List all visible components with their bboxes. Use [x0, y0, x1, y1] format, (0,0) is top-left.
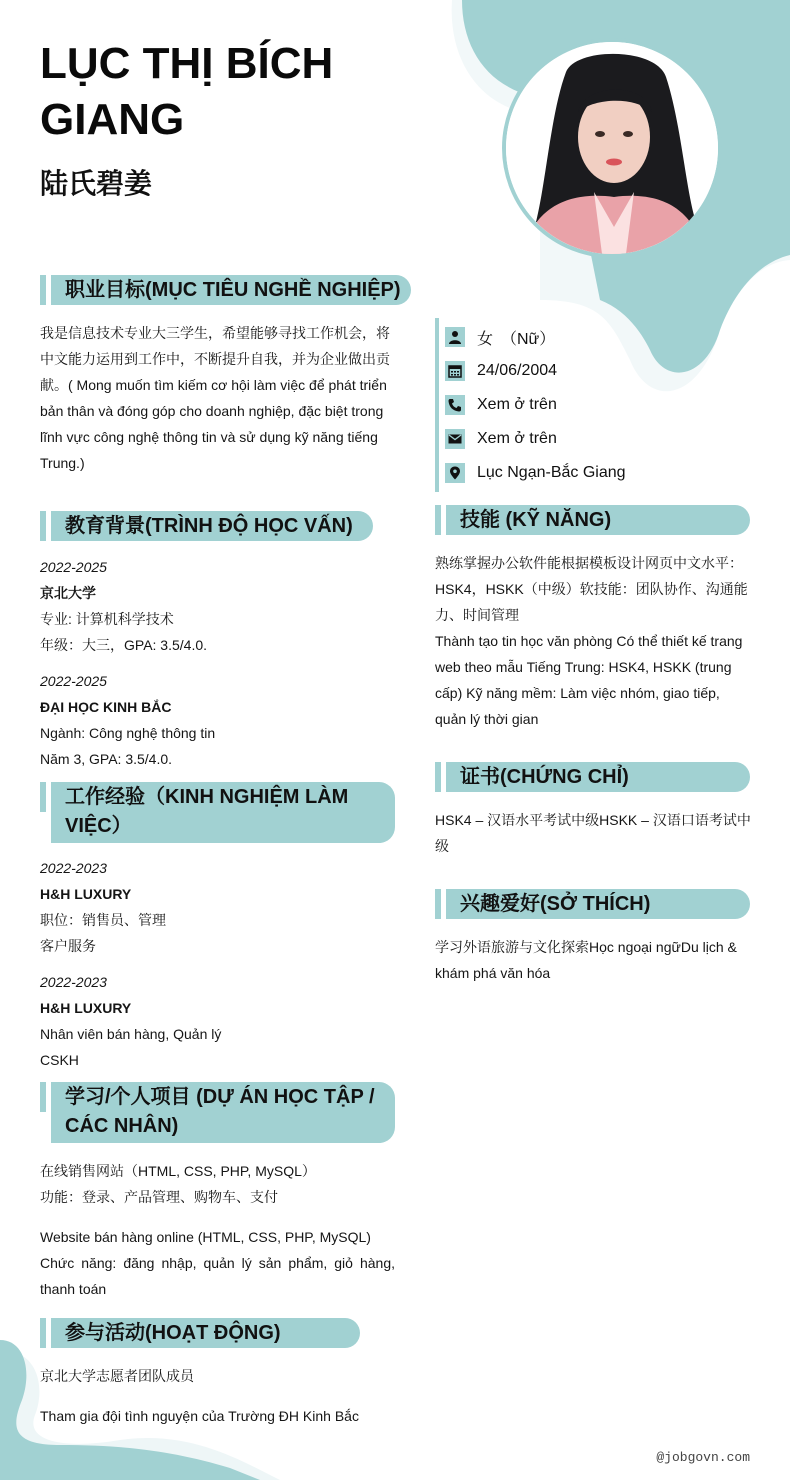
education-gpa: Năm 3, GPA: 3.5/4.0. — [40, 746, 395, 772]
activity-list: 京北大学志愿者团队成员 Tham gia đội tình nguyện của… — [40, 1363, 395, 1429]
contact-address: Lục Ngạn-Bắc Giang — [445, 456, 755, 490]
experience-period: 2022-2023 — [40, 969, 395, 995]
profile-photo — [502, 38, 722, 258]
section-title: 教育背景(TRÌNH ĐỘ HỌC VẤN) — [51, 511, 373, 541]
experience-period: 2022-2023 — [40, 855, 395, 881]
section-title: 工作经验（KINH NGHIỆM LÀM VIỆC） — [51, 782, 395, 843]
education-school: 京北大学 — [40, 580, 395, 606]
experience-role: Nhân viên bán hàng, Quản lý — [40, 1021, 395, 1047]
contact-gender: 女 （Nữ） — [445, 320, 755, 354]
project-features: Chức năng: đăng nhập, quản lý sản phẩm, … — [40, 1250, 395, 1302]
contact-birthday: 24/06/2004 — [445, 354, 755, 388]
experience-role: 职位：销售员、管理 — [40, 907, 395, 933]
section-title: 职业目标(MỤC TIÊU NGHỀ NGHIỆP) — [51, 275, 411, 305]
full-name-line1: LỤC THỊ BÍCH — [40, 36, 440, 92]
name-block: LỤC THỊ BÍCH GIANG 陆氏碧姜 — [40, 36, 440, 202]
education-gpa: 年级：大三，GPA: 3.5/4.0. — [40, 632, 395, 658]
activity-item: Tham gia đội tình nguyện của Trường ĐH K… — [40, 1403, 395, 1429]
education-entry: 2022-2025 ĐẠI HỌC KINH BẮC Ngành: Công n… — [40, 668, 395, 772]
experience-role-cont: 客户服务 — [40, 933, 395, 959]
hobbies-text: 学习外语旅游与文化探索Học ngoại ngữDu lịch & khám p… — [435, 934, 753, 986]
experience-company: H&H LUXURY — [40, 881, 395, 907]
mail-icon — [445, 429, 465, 449]
contact-info: 女 （Nữ） 24/06/2004 Xem ở trên Xem ở trên … — [435, 318, 755, 492]
project-list: 在线销售网站（HTML, CSS, PHP, MySQL） 功能：登录、产品管理… — [40, 1158, 395, 1302]
experience-entry: 2022-2023 H&H LUXURY Nhân viên bán hàng,… — [40, 969, 395, 1073]
section-title: 参与活动(HOẠT ĐỘNG) — [51, 1318, 360, 1348]
section-header-certificates: 证书(CHỨNG CHỈ) — [435, 762, 750, 792]
education-major: Ngành: Công nghệ thông tin — [40, 720, 395, 746]
education-major: 专业: 计算机科学技术 — [40, 606, 395, 632]
person-icon — [445, 327, 465, 347]
section-header-experience: 工作经验（KINH NGHIỆM LÀM VIỆC） — [40, 782, 395, 843]
phone-icon — [445, 395, 465, 415]
watermark: @jobgovn.com — [656, 1450, 750, 1465]
education-school: ĐẠI HỌC KINH BẮC — [40, 694, 395, 720]
objective-text: 我是信息技术专业大三学生，希望能够寻找工作机会，将中文能力运用到工作中，不断提升… — [40, 320, 395, 476]
section-title: 兴趣爱好(SỞ THÍCH) — [446, 889, 750, 919]
education-list: 2022-2025 京北大学 专业: 计算机科学技术 年级：大三，GPA: 3.… — [40, 554, 395, 772]
section-title: 技能 (KỸ NĂNG) — [446, 505, 750, 535]
contact-phone: Xem ở trên — [445, 388, 755, 422]
project-title: Website bán hàng online (HTML, CSS, PHP,… — [40, 1224, 395, 1250]
skills-text: 熟练掌握办公软件能根据模板设计网页中文水平：HSK4，HSKK（中级）软技能：团… — [435, 550, 753, 732]
experience-role-cont: CSKH — [40, 1047, 395, 1073]
section-header-hobbies: 兴趣爱好(SỞ THÍCH) — [435, 889, 750, 919]
education-period: 2022-2025 — [40, 554, 395, 580]
section-title: 学习/个人项目 (DỰ ÁN HỌC TẬP / CÁC NHÂN) — [51, 1082, 395, 1143]
project-title: 在线销售网站（HTML, CSS, PHP, MySQL） — [40, 1158, 395, 1184]
experience-list: 2022-2023 H&H LUXURY 职位：销售员、管理 客户服务 2022… — [40, 855, 395, 1073]
full-name-line2: GIANG — [40, 92, 440, 148]
project-entry: Website bán hàng online (HTML, CSS, PHP,… — [40, 1224, 395, 1302]
calendar-icon — [445, 361, 465, 381]
project-features: 功能：登录、产品管理、购物车、支付 — [40, 1184, 395, 1210]
section-header-education: 教育背景(TRÌNH ĐỘ HỌC VẤN) — [40, 511, 373, 541]
section-header-activities: 参与活动(HOẠT ĐỘNG) — [40, 1318, 360, 1348]
education-period: 2022-2025 — [40, 668, 395, 694]
contact-email: Xem ở trên — [445, 422, 755, 456]
skills-text-cn: 熟练掌握办公软件能根据模板设计网页中文水平：HSK4，HSKK（中级）软技能：团… — [435, 550, 753, 628]
location-pin-icon — [445, 463, 465, 483]
chinese-name: 陆氏碧姜 — [40, 162, 440, 202]
experience-company: H&H LUXURY — [40, 995, 395, 1021]
section-title: 证书(CHỨNG CHỈ) — [446, 762, 750, 792]
experience-entry: 2022-2023 H&H LUXURY 职位：销售员、管理 客户服务 — [40, 855, 395, 959]
education-entry: 2022-2025 京北大学 专业: 计算机科学技术 年级：大三，GPA: 3.… — [40, 554, 395, 658]
certificates-text: HSK4 – 汉语水平考试中级HSKK – 汉语口语考试中级 — [435, 807, 753, 859]
skills-text-vi: Thành tạo tin học văn phòng Có thể thiết… — [435, 628, 753, 732]
project-entry: 在线销售网站（HTML, CSS, PHP, MySQL） 功能：登录、产品管理… — [40, 1158, 395, 1210]
section-header-projects: 学习/个人项目 (DỰ ÁN HỌC TẬP / CÁC NHÂN) — [40, 1082, 395, 1143]
section-header-objective: 职业目标(MỤC TIÊU NGHỀ NGHIỆP) — [40, 275, 411, 305]
activity-item: 京北大学志愿者团队成员 — [40, 1363, 395, 1389]
section-header-skills: 技能 (KỸ NĂNG) — [435, 505, 750, 535]
